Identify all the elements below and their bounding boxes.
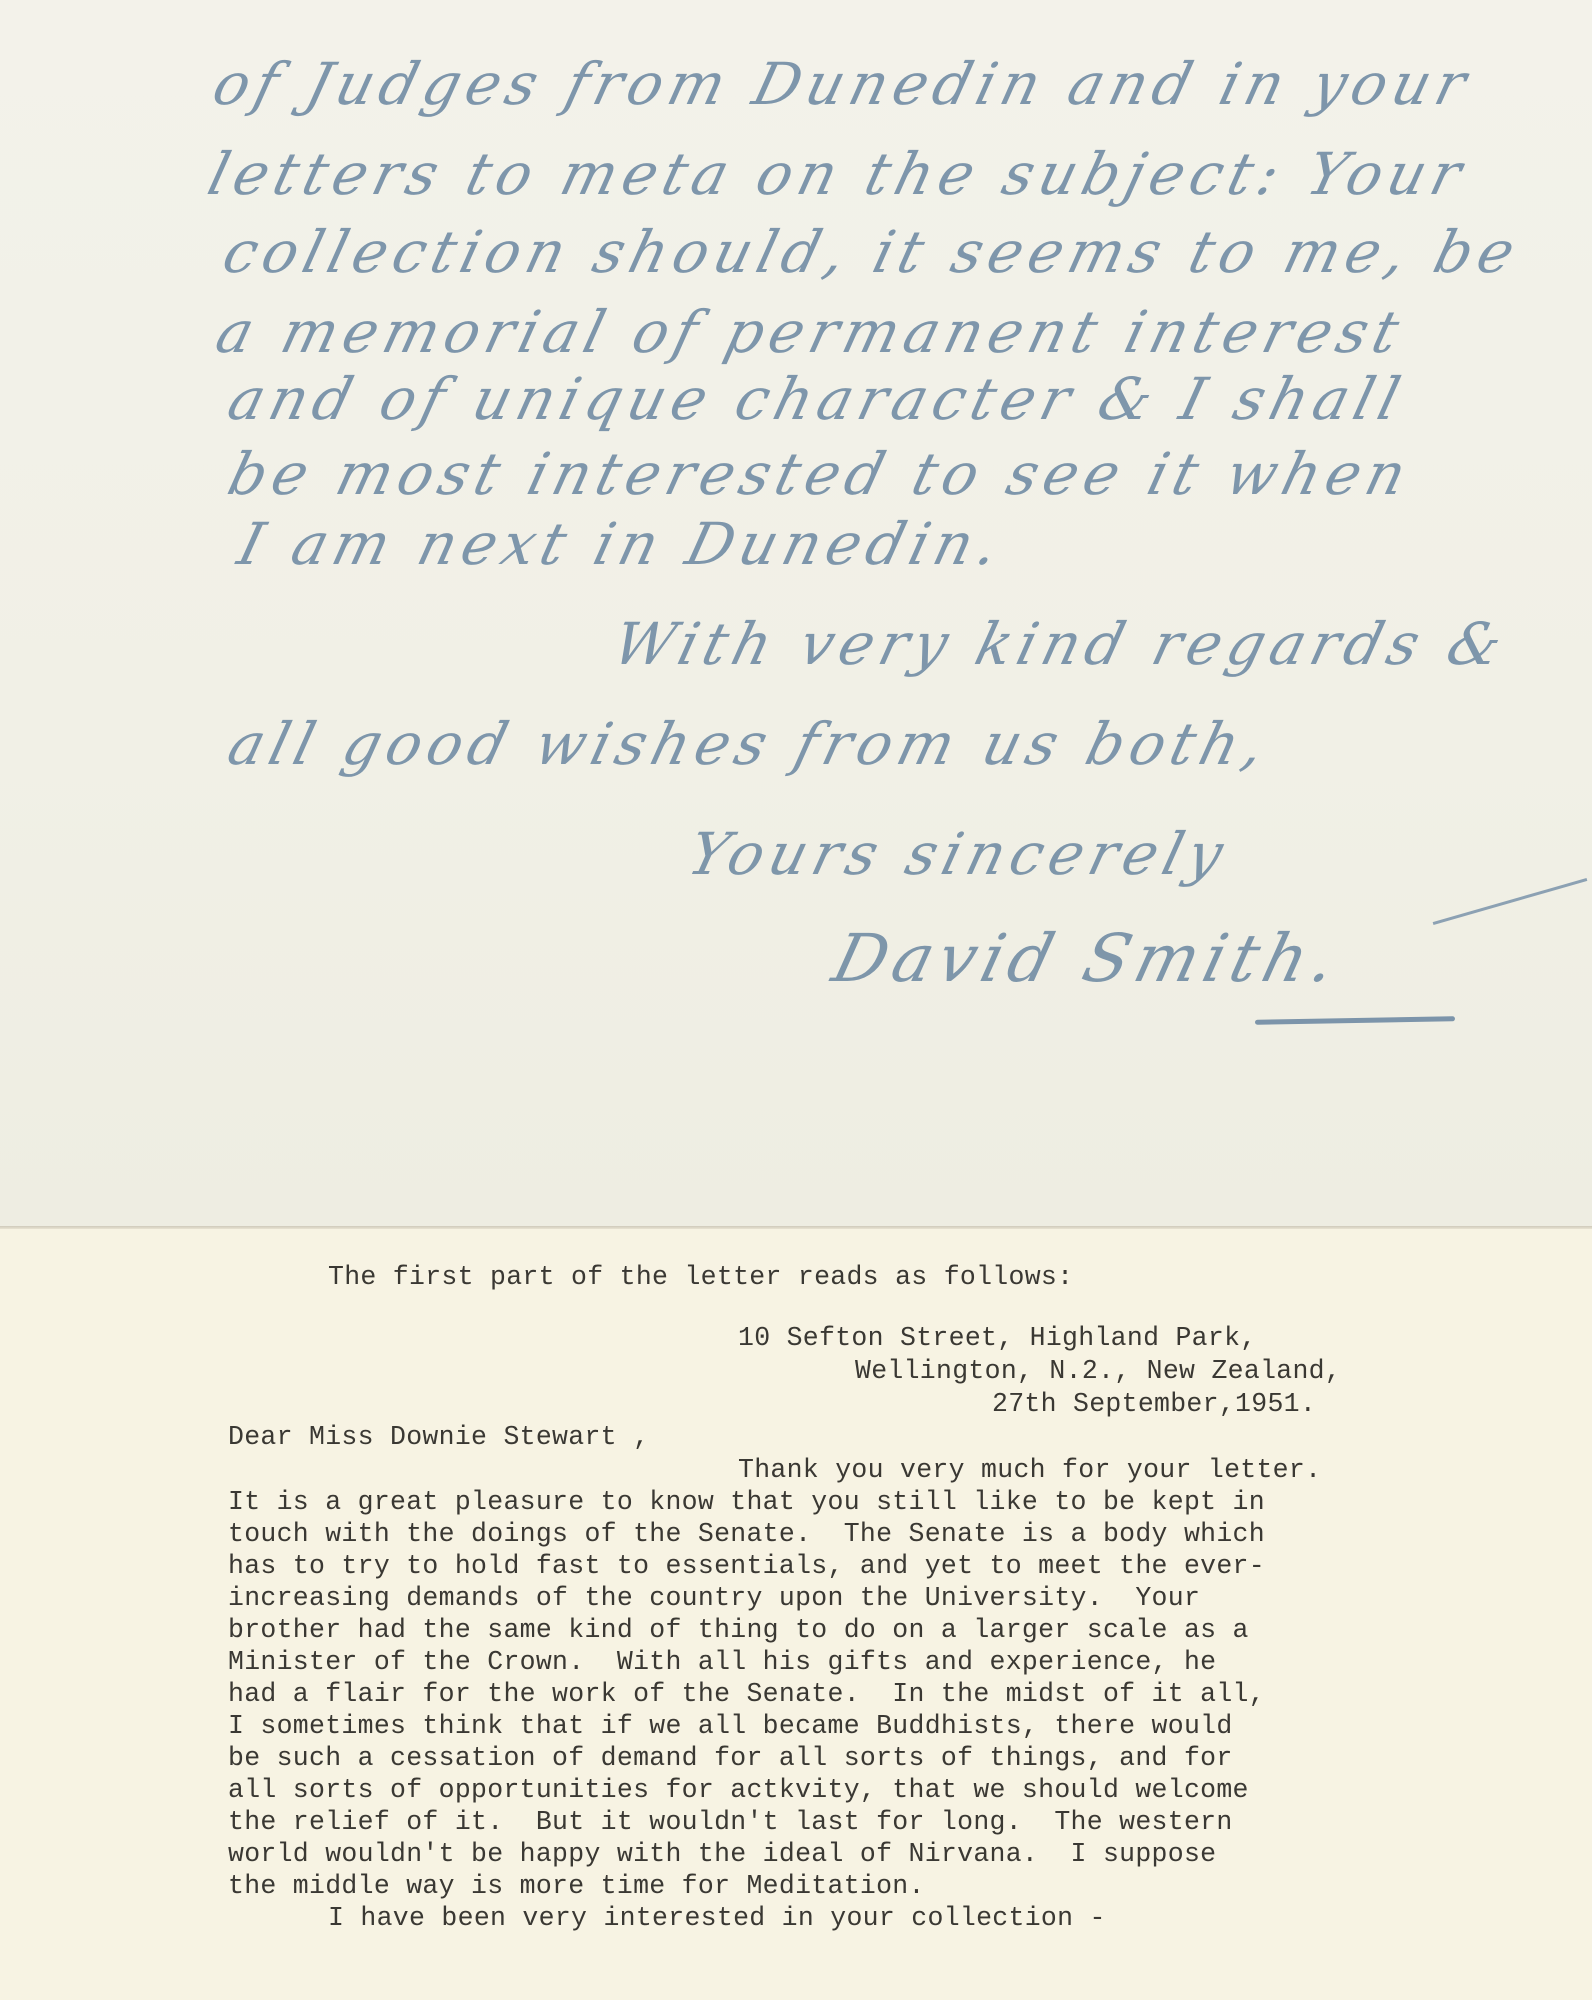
address-line: 10 Sefton Street, Highland Park, [738,1323,1256,1353]
intro-line: The first part of the letter reads as fo… [328,1262,1073,1292]
handwritten-line: collection should, it seems to me, be [217,218,1528,286]
handwritten-line: a memorial of permanent interest [210,298,1412,366]
body-line: I sometimes think that if we all became … [228,1711,1233,1741]
body-line: has to try to hold fast to essentials, a… [228,1551,1265,1581]
body-line: touch with the doings of the Senate. The… [228,1519,1265,1549]
body-line: increasing demands of the country upon t… [228,1583,1200,1613]
body-line: Minister of the Crown. With all his gift… [228,1647,1216,1677]
handwritten-line: of Judges from Dunedin and in your [207,50,1479,118]
body-line: Thank you very much for your letter. [738,1455,1321,1485]
body-line: It is a great pleasure to know that you … [228,1487,1265,1517]
closing-line: With very kind regards & [607,610,1515,678]
signature-flourish [1433,878,1588,925]
handwritten-line: I am next in Dunedin. [232,510,1012,578]
handwritten-letter-page: of Judges from Dunedin and in your lette… [0,0,1592,1228]
handwritten-line: letters to meta on the subject: Your [202,140,1475,208]
address-line: Wellington, N.2., New Zealand, [855,1356,1341,1386]
signature: David Smith. [825,920,1349,997]
body-line: the relief of it. But it wouldn't last f… [228,1807,1233,1837]
handwritten-line: and of unique character & I shall [222,365,1413,433]
date-line: 27th September,1951. [992,1389,1316,1419]
body-line: brother had the same kind of thing to do… [228,1615,1249,1645]
body-line: all sorts of opportunities for actkvity,… [228,1775,1249,1805]
body-line: I have been very interested in your coll… [328,1903,1106,1933]
handwritten-line: be most interested to see it when [222,440,1419,508]
salutation: Dear Miss Downie Stewart , [228,1422,649,1452]
body-line: the middle way is more time for Meditati… [228,1871,925,1901]
closing-line: all good wishes from us both, [222,710,1278,778]
body-line: world wouldn't be happy with the ideal o… [228,1839,1216,1869]
body-line: had a flair for the work of the Senate. … [228,1679,1265,1709]
body-line: be such a cessation of demand for all so… [228,1743,1233,1773]
typed-transcript-slip: The first part of the letter reads as fo… [0,1229,1592,2000]
valediction: Yours sincerely [682,820,1236,888]
signature-underline [1255,1016,1455,1024]
